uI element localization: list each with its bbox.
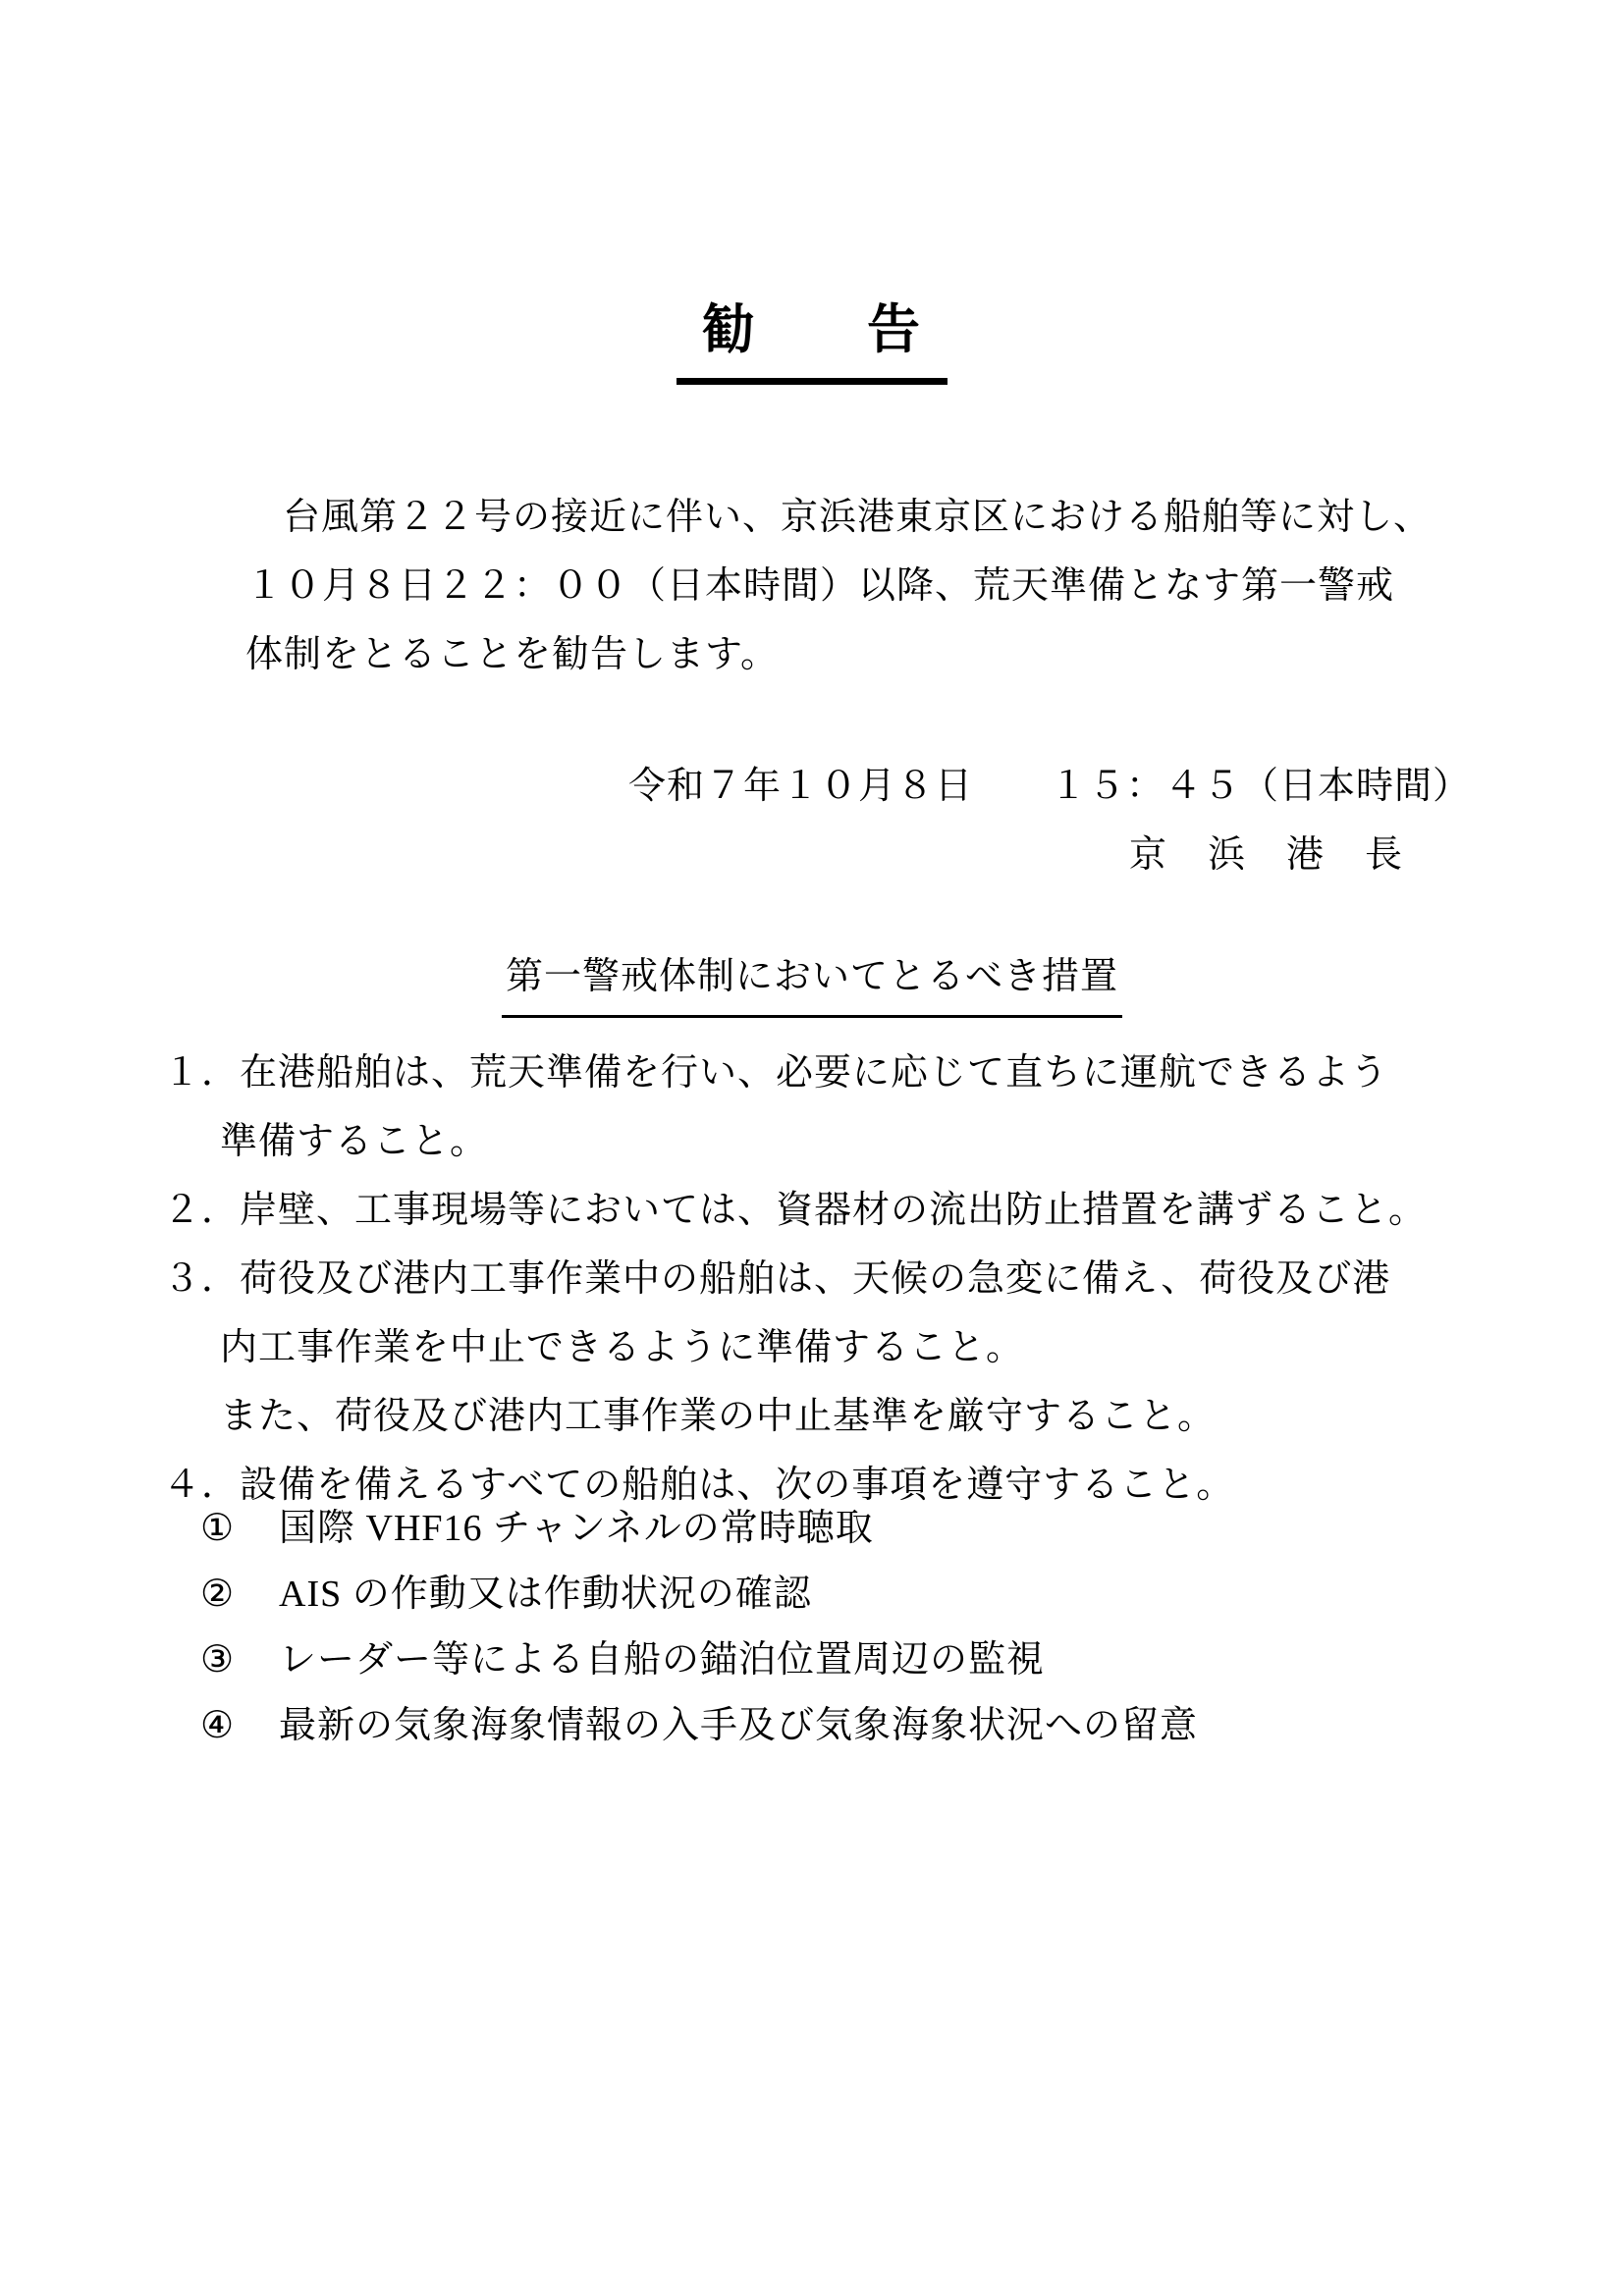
item-1-text: 在港船舶は、荒天準備を行い、必要に応じて直ちに運航できるよう: [240, 1052, 1388, 1094]
sub-item-1-number: ①: [200, 1496, 279, 1562]
sub-item-2-text: AIS の作動又は作動状況の確認: [279, 1574, 812, 1615]
sub-item-3: ③レーダー等による自船の錨泊位置周辺の監視: [200, 1628, 1624, 1693]
intro-paragraph: 台風第２２号の接近に伴い、京浜港東京区における船舶等に対し、 １０月８日２２：０…: [245, 483, 1432, 689]
sub-item-4-text: 最新の気象海象情報の入手及び気象海象状況への留意: [279, 1705, 1198, 1746]
item-2-line-1: ２．岸壁、工事現場等においては、資器材の流出防止措置を講ずること。: [163, 1176, 1624, 1245]
item-1-line-1: １．在港船舶は、荒天準備を行い、必要に応じて直ちに運航できるよう: [163, 1039, 1624, 1107]
item-3-text: 荷役及び港内工事作業中の船舶は、天候の急変に備え、荷役及び港: [240, 1258, 1390, 1300]
vessel-requirements-list: ①国際 VHF16 チャンネルの常時聴取 ②AIS の作動又は作動状況の確認 ③…: [0, 1496, 1624, 1759]
intro-line-1: 台風第２２号の接近に伴い、京浜港東京区における船舶等に対し、: [245, 483, 1432, 552]
measures-list: １．在港船舶は、荒天準備を行い、必要に応じて直ちに運航できるよう 準備すること。…: [0, 1039, 1624, 1520]
intro-line-2: １０月８日２２：００（日本時間）以降、荒天準備となす第一警戒: [245, 552, 1432, 620]
sub-item-3-number: ③: [200, 1628, 279, 1693]
sub-item-3-text: レーダー等による自船の錨泊位置周辺の監視: [279, 1639, 1045, 1681]
sub-item-2: ②AIS の作動又は作動状況の確認: [200, 1562, 1624, 1628]
item-1-number: １．: [163, 1052, 240, 1094]
item-2-number: ２．: [163, 1190, 240, 1231]
intro-line-3: 体制をとることを勧告します。: [245, 620, 1432, 689]
advisory-document-page: 勧 告 台風第２２号の接近に伴い、京浜港東京区における船舶等に対し、 １０月８日…: [0, 0, 1624, 2296]
item-3-line-3: また、荷役及び港内工事作業の中止基準を厳守すること。: [220, 1382, 1624, 1451]
sub-item-4: ④最新の気象海象情報の入手及び気象海象状況への留意: [200, 1693, 1624, 1759]
document-title: 勧 告: [677, 291, 947, 385]
section-heading: 第一警戒体制においてとるべき措置: [502, 942, 1122, 1018]
document-title-row: 勧 告: [0, 291, 1624, 385]
issuer-signature: 京 浜 港 長: [1129, 821, 1404, 889]
sub-item-2-number: ②: [200, 1562, 279, 1628]
item-1-line-2: 準備すること。: [220, 1107, 1624, 1176]
item-3-number: ３．: [163, 1258, 240, 1300]
sub-item-4-number: ④: [200, 1693, 279, 1759]
sub-item-1-text: 国際 VHF16 チャンネルの常時聴取: [279, 1508, 874, 1549]
item-3-line-2: 内工事作業を中止できるように準備すること。: [220, 1313, 1624, 1382]
section-heading-row: 第一警戒体制においてとるべき措置: [0, 942, 1624, 1018]
sub-item-1: ①国際 VHF16 チャンネルの常時聴取: [200, 1496, 1624, 1562]
item-3-line-1: ３．荷役及び港内工事作業中の船舶は、天候の急変に備え、荷役及び港: [163, 1245, 1624, 1313]
item-2-text: 岸壁、工事現場等においては、資器材の流出防止措置を講ずること。: [240, 1190, 1427, 1231]
issue-datetime: 令和７年１０月８日 １５：４５（日本時間）: [628, 752, 1471, 821]
